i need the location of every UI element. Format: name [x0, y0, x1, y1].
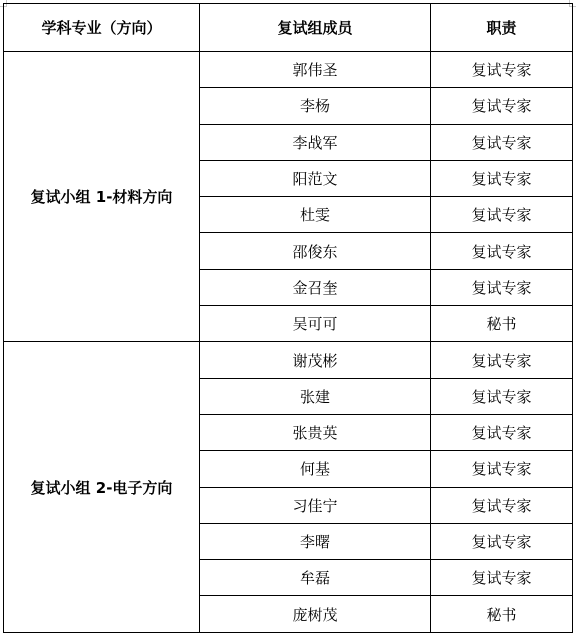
member-name: 庞树茂	[200, 596, 431, 632]
table-row: 复试小组 1-材料方向 郭伟圣 复试专家	[4, 52, 573, 88]
member-role: 秘书	[431, 306, 573, 342]
member-name: 何基	[200, 451, 431, 487]
member-role: 复试专家	[431, 523, 573, 559]
member-role: 秘书	[431, 596, 573, 632]
member-role: 复试专家	[431, 487, 573, 523]
member-role: 复试专家	[431, 414, 573, 450]
member-role: 复试专家	[431, 560, 573, 596]
member-role: 复试专家	[431, 342, 573, 378]
member-role: 复试专家	[431, 52, 573, 88]
member-name: 张贵英	[200, 414, 431, 450]
group-name: 复试小组 1-材料方向	[4, 52, 200, 342]
member-role: 复试专家	[431, 197, 573, 233]
member-name: 金召奎	[200, 269, 431, 305]
member-name: 邵俊东	[200, 233, 431, 269]
table-row: 复试小组 2-电子方向 谢茂彬 复试专家	[4, 342, 573, 378]
header-discipline: 学科专业（方向）	[4, 4, 200, 52]
member-role: 复试专家	[431, 233, 573, 269]
member-name: 习佳宁	[200, 487, 431, 523]
member-role: 复试专家	[431, 124, 573, 160]
committee-table: 学科专业（方向） 复试组成员 职责 复试小组 1-材料方向 郭伟圣 复试专家 李…	[3, 3, 573, 633]
member-name: 李战军	[200, 124, 431, 160]
header-members: 复试组成员	[200, 4, 431, 52]
member-name: 谢茂彬	[200, 342, 431, 378]
member-name: 杜雯	[200, 197, 431, 233]
member-name: 阳范文	[200, 160, 431, 196]
header-role: 职责	[431, 4, 573, 52]
member-name: 牟磊	[200, 560, 431, 596]
header-row: 学科专业（方向） 复试组成员 职责	[4, 4, 573, 52]
member-name: 吴可可	[200, 306, 431, 342]
member-role: 复试专家	[431, 378, 573, 414]
member-role: 复试专家	[431, 269, 573, 305]
member-role: 复试专家	[431, 88, 573, 124]
member-name: 张建	[200, 378, 431, 414]
member-name: 李曙	[200, 523, 431, 559]
member-role: 复试专家	[431, 451, 573, 487]
member-name: 李杨	[200, 88, 431, 124]
member-name: 郭伟圣	[200, 52, 431, 88]
group-name: 复试小组 2-电子方向	[4, 342, 200, 632]
member-role: 复试专家	[431, 160, 573, 196]
